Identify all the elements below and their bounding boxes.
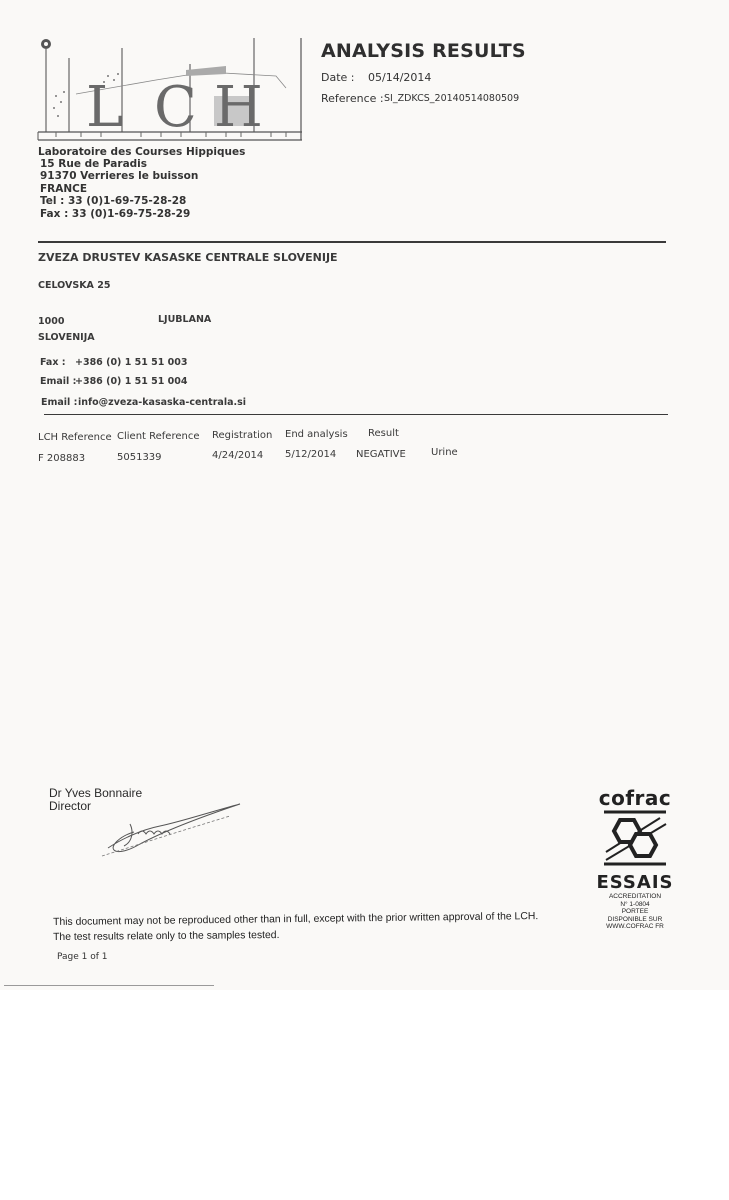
cell-end-analysis: 5/12/2014 <box>285 449 336 460</box>
client-name: ZVEZA DRUSTEV KASASKE CENTRALE SLOVENIJE <box>38 251 338 264</box>
svg-text:L: L <box>86 75 123 140</box>
client-email2-label: Email : <box>41 397 77 408</box>
header-registration: Registration <box>212 430 272 441</box>
date-label: Date : <box>321 71 355 84</box>
accreditation-line-5: WWW.COFRAC FR <box>590 923 680 931</box>
cell-sample-type: Urine <box>431 447 458 458</box>
reference-value: SI_ZDKCS_20140514080509 <box>384 93 519 104</box>
signatory-role: Director <box>49 800 91 813</box>
client-postcode: 1000 <box>38 316 64 327</box>
cell-client-reference: 5051339 <box>117 452 162 463</box>
lch-building-logo-icon: L C H <box>36 36 308 144</box>
client-fax-label: Fax : <box>40 357 66 368</box>
client-country: SLOVENIJA <box>38 332 95 343</box>
lch-logo: L C H <box>36 36 308 144</box>
svg-text:C: C <box>154 75 197 140</box>
svg-text:H: H <box>214 75 263 140</box>
separator-top <box>38 241 666 243</box>
header-result: Result <box>368 428 399 439</box>
document-title: ANALYSIS RESULTS <box>321 40 526 62</box>
cell-registration: 4/24/2014 <box>212 450 263 461</box>
cell-lch-reference: F 208883 <box>38 453 85 464</box>
cell-result: NEGATIVE <box>356 449 406 460</box>
client-email1-label: Email : <box>40 376 76 387</box>
cofrac-category: ESSAIS <box>590 872 680 893</box>
reference-label: Reference : <box>321 92 384 105</box>
disclaimer-line-2: The test results relate only to the samp… <box>53 929 280 945</box>
client-city: LJUBLANA <box>158 314 211 325</box>
client-fax-value: +386 (0) 1 51 51 003 <box>75 357 188 368</box>
lab-name: Laboratoire des Courses Hippiques <box>38 146 245 158</box>
disclaimer-line-1: This document may not be reproduced othe… <box>53 910 538 930</box>
accreditation-line-3: PORTEE <box>590 908 680 916</box>
client-street: CELOVSKA 25 <box>38 280 110 291</box>
cofrac-hexagon-icon <box>600 810 670 866</box>
page-number: Page 1 of 1 <box>57 952 108 962</box>
date-value: 05/14/2014 <box>368 71 431 84</box>
accreditation-line-1: ACCREDITATION <box>590 893 680 901</box>
header-lch-reference: LCH Reference <box>38 432 112 443</box>
header-client-reference: Client Reference <box>117 431 200 442</box>
cofrac-brand: cofrac <box>590 786 680 810</box>
separator-middle <box>44 414 668 415</box>
page-edge <box>4 985 214 986</box>
accreditation-line-4: DISPONIBLE SUR <box>590 916 680 924</box>
lab-fax: Fax : 33 (0)1-69-75-28-29 <box>40 208 190 220</box>
lab-street: 15 Rue de Paradis <box>40 158 147 170</box>
scanned-page: L C H ANALYSIS RESULTS Date : 05/14/2014… <box>0 0 729 990</box>
lab-city: 91370 Verrieres le buisson <box>40 170 198 182</box>
cofrac-accreditation: cofrac ESSAIS ACCREDITATION N° 1-0804 PO… <box>590 786 680 931</box>
header-end-analysis: End analysis <box>285 429 348 440</box>
client-email2-value: info@zveza-kasaska-centrala.si <box>78 397 246 408</box>
accreditation-line-2: N° 1-0804 <box>590 901 680 909</box>
client-email1-value: +386 (0) 1 51 51 004 <box>75 376 188 387</box>
signature-icon <box>100 800 250 860</box>
lab-tel: Tel : 33 (0)1-69-75-28-28 <box>40 195 186 207</box>
lab-country: FRANCE <box>40 183 87 195</box>
